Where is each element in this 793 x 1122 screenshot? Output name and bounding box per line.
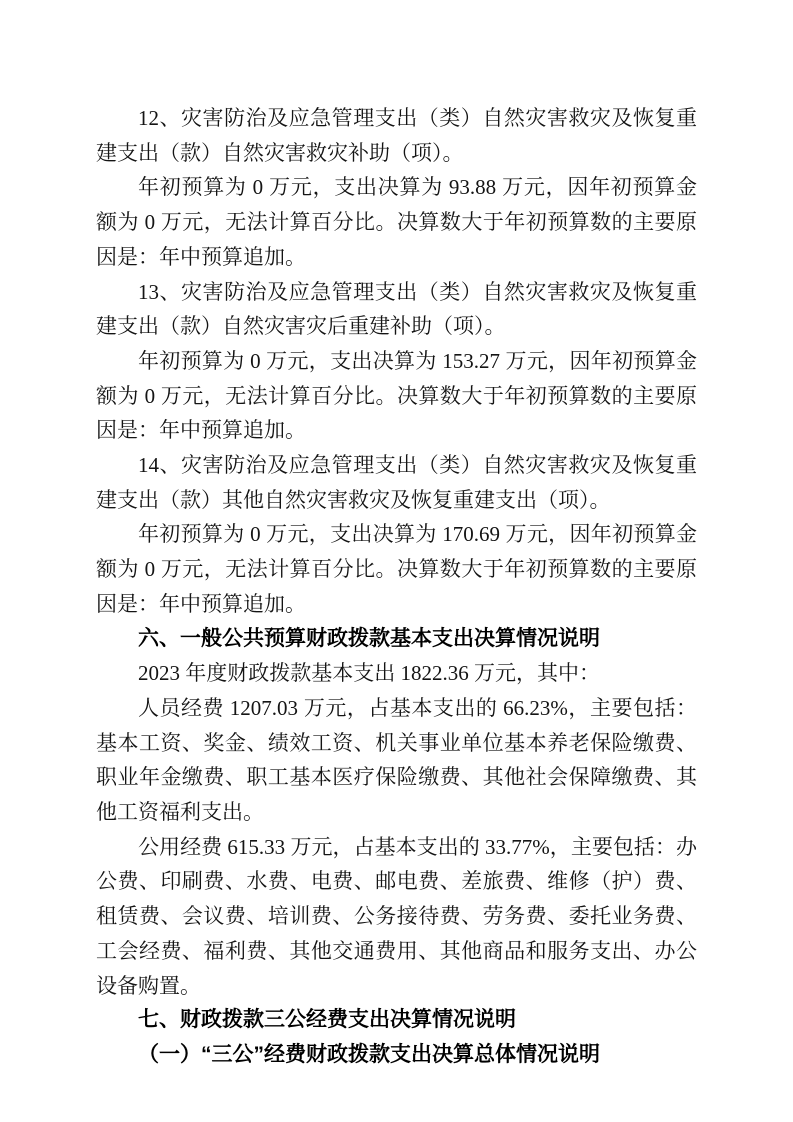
paragraph-item-14-title: 14、灾害防治及应急管理支出（类）自然灾害救灾及恢复重建支出（款）其他自然灾害救… (96, 448, 697, 517)
section-heading-7-1: （一）“三公”经费财政拨款支出决算总体情况说明 (96, 1038, 697, 1073)
document-page: 12、灾害防治及应急管理支出（类）自然灾害救灾及恢复重建支出（款）自然灾害救灾补… (0, 0, 793, 1122)
paragraph-public-expense: 公用经费 615.33 万元，占基本支出的 33.77%，主要包括：办公费、印刷… (96, 830, 697, 1004)
section-heading-7: 七、财政拨款三公经费支出决算情况说明 (96, 1003, 697, 1038)
paragraph-item-13-title: 13、灾害防治及应急管理支出（类）自然灾害救灾及恢复重建支出（款）自然灾害灾后重… (96, 275, 697, 344)
section-heading-6: 六、一般公共预算财政拨款基本支出决算情况说明 (96, 622, 697, 657)
paragraph-personnel-expense: 人员经费 1207.03 万元，占基本支出的 66.23%，主要包括：基本工资、… (96, 691, 697, 830)
paragraph-item-13-detail: 年初预算为 0 万元，支出决算为 153.27 万元，因年初预算金额为 0 万元… (96, 344, 697, 448)
paragraph-item-12-title: 12、灾害防治及应急管理支出（类）自然灾害救灾及恢复重建支出（款）自然灾害救灾补… (96, 101, 697, 170)
paragraph-item-12-detail: 年初预算为 0 万元，支出决算为 93.88 万元，因年初预算金额为 0 万元，… (96, 170, 697, 274)
paragraph-basic-expenditure-total: 2023 年度财政拨款基本支出 1822.36 万元，其中： (96, 656, 697, 691)
paragraph-item-14-detail: 年初预算为 0 万元，支出决算为 170.69 万元，因年初预算金额为 0 万元… (96, 517, 697, 621)
